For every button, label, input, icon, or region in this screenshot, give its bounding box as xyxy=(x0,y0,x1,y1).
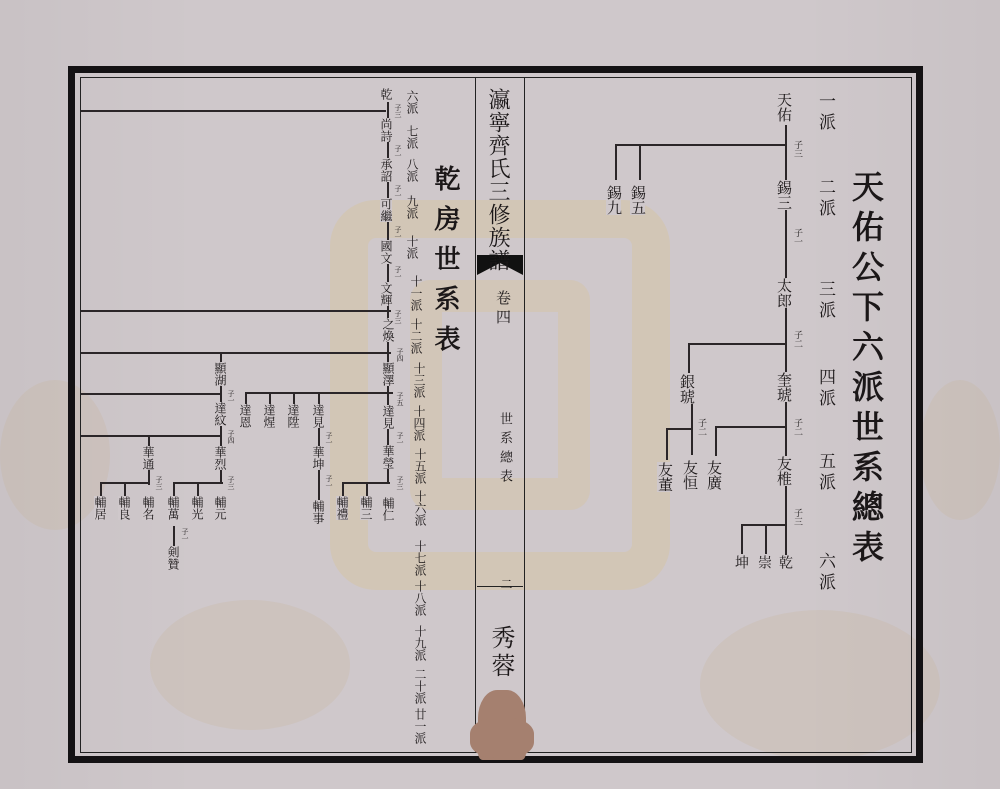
lineage-line xyxy=(197,482,199,496)
person-name: 達見 xyxy=(382,405,394,429)
person-name: 輔名 xyxy=(142,496,154,520)
person-name: 可繼 xyxy=(380,198,392,222)
generation-label: 十八派 xyxy=(414,580,426,616)
generation-label: 二十派 xyxy=(414,668,426,704)
children-count: 子三 xyxy=(394,104,401,118)
left-page-title: 乾房世系表 xyxy=(432,165,458,365)
person-name: 錫九 xyxy=(606,185,621,215)
generation-label: 九派 xyxy=(406,195,418,219)
person-name: 天佑 xyxy=(776,92,791,122)
person-name: 輔萬 xyxy=(167,496,179,520)
generation-label: 十二派 xyxy=(410,318,422,354)
lineage-line xyxy=(173,526,175,546)
generation-label: 二派 xyxy=(816,178,833,220)
generation-label: 十一派 xyxy=(410,275,422,311)
children-count: 子二 xyxy=(696,418,705,436)
seal-stain xyxy=(470,718,534,758)
genealogy-book-spread: 瀛寧齊氏三修族譜 卷四 世系總表 二 秀蓉 天佑公下六派世系總表 一派 二派 三… xyxy=(0,0,1000,789)
children-count: 子三 xyxy=(394,310,401,324)
person-name: 輔禮 xyxy=(336,496,348,520)
lineage-line xyxy=(100,482,102,496)
person-name: 錫五 xyxy=(630,185,645,215)
person-name: 崇 xyxy=(757,555,771,569)
lineage-line xyxy=(765,524,767,554)
children-count: 子三 xyxy=(792,508,801,526)
children-count: 子三 xyxy=(396,476,403,490)
paper-stain xyxy=(920,380,1000,520)
generation-label: 十九派 xyxy=(414,625,426,661)
person-name: 華烈 xyxy=(214,446,226,470)
person-name: 銀琥 xyxy=(679,374,694,404)
generation-label: 四派 xyxy=(816,368,833,410)
person-name: 友恒 xyxy=(682,460,697,490)
sibling-line xyxy=(741,524,786,526)
children-count: 子一 xyxy=(792,228,801,246)
lineage-line xyxy=(173,482,175,496)
person-name: 錫三 xyxy=(776,180,791,210)
lineage-line xyxy=(688,343,690,373)
children-count: 子二 xyxy=(792,418,801,436)
lineage-line xyxy=(342,482,344,496)
children-count: 子一 xyxy=(394,266,401,280)
person-name: 尚詩 xyxy=(380,118,392,142)
branch-line xyxy=(81,310,391,312)
children-count: 子一 xyxy=(394,145,401,159)
generation-label: 十五派 xyxy=(414,448,426,484)
children-count: 子一 xyxy=(396,432,403,446)
lineage-line xyxy=(666,428,668,460)
generation-label: 十七派 xyxy=(414,540,426,576)
person-name: 輔居 xyxy=(94,496,106,520)
children-count: 子一 xyxy=(325,432,332,446)
children-count: 子一 xyxy=(227,390,234,404)
person-name: 友椎 xyxy=(776,456,791,486)
person-name: 友廣 xyxy=(706,460,721,490)
person-name: 華坤 xyxy=(312,446,324,470)
person-name: 華通 xyxy=(142,446,154,470)
children-count: 子三 xyxy=(155,476,162,490)
children-count: 子四 xyxy=(396,348,403,362)
person-name: 乾 xyxy=(778,555,792,569)
children-count: 子一 xyxy=(394,226,401,240)
lineage-line xyxy=(615,144,617,180)
person-name: 達紋 xyxy=(214,402,226,426)
person-name: 顯湖 xyxy=(214,362,226,386)
branch-line xyxy=(81,393,221,395)
generation-label: 六派 xyxy=(406,90,418,114)
section-label: 世系總表 xyxy=(498,412,511,488)
person-name: 輔事 xyxy=(312,500,324,524)
generation-label: 十四派 xyxy=(413,405,425,441)
generation-label: 十三派 xyxy=(413,362,425,398)
person-name: 文輝 xyxy=(380,282,392,306)
person-name: 剣贊 xyxy=(167,546,179,570)
lineage-line xyxy=(741,524,743,554)
generation-label: 一派 xyxy=(816,92,833,134)
generation-label: 十派 xyxy=(406,235,418,259)
generation-label: 十六派 xyxy=(414,490,426,526)
generation-label: 六派 xyxy=(816,552,833,594)
children-count: 子一 xyxy=(394,185,401,199)
right-page-title: 天佑公下六派世系總表 xyxy=(850,170,882,570)
person-name: 太郎 xyxy=(776,278,791,308)
page-number: 二 xyxy=(500,578,512,590)
person-name: 之煥 xyxy=(382,318,394,342)
branch-line xyxy=(81,435,221,437)
generation-label: 八派 xyxy=(406,158,418,182)
children-count: 子二 xyxy=(792,330,801,348)
generation-label: 七派 xyxy=(406,125,418,149)
person-name: 輔光 xyxy=(191,496,203,520)
children-count: 子三 xyxy=(227,476,234,490)
branch-line xyxy=(81,110,386,112)
sibling-line xyxy=(688,343,786,345)
lineage-line xyxy=(639,144,641,180)
person-name: 達恩 xyxy=(239,404,251,428)
person-name: 輔三 xyxy=(360,496,372,520)
person-name: 友董 xyxy=(657,462,672,492)
person-name: 輔元 xyxy=(214,496,226,520)
branch-line xyxy=(81,352,391,354)
person-name: 顯澤 xyxy=(382,362,394,386)
lineage-line xyxy=(124,482,126,496)
children-count: 子四 xyxy=(227,430,234,444)
sibling-line xyxy=(666,428,692,430)
sibling-line xyxy=(715,426,786,428)
person-name: 國文 xyxy=(380,240,392,264)
sibling-line xyxy=(615,144,786,146)
hall-name: 秀蓉 xyxy=(489,625,513,681)
person-name: 坤 xyxy=(734,555,748,569)
book-title: 瀛寧齊氏三修族譜 xyxy=(486,88,508,272)
generation-label: 五派 xyxy=(816,452,833,494)
person-name: 輔良 xyxy=(118,496,130,520)
children-count: 子三 xyxy=(792,140,801,158)
person-name: 奎琥 xyxy=(776,372,791,402)
person-name: 輔仁 xyxy=(382,497,394,521)
person-name: 達見 xyxy=(312,404,324,428)
children-count: 子一 xyxy=(325,475,332,489)
volume-label: 卷四 xyxy=(495,290,510,328)
children-count: 子一 xyxy=(181,528,188,542)
lineage-line xyxy=(715,426,717,456)
lineage-line xyxy=(366,482,368,496)
person-name: 達煋 xyxy=(263,404,275,428)
person-name: 華瑩 xyxy=(382,445,394,469)
lineage-line xyxy=(691,395,693,455)
person-name: 承詔 xyxy=(380,158,392,182)
generation-label: 三派 xyxy=(816,280,833,322)
generation-label: 廿一派 xyxy=(414,708,426,744)
person-name: 乾 xyxy=(380,88,392,100)
children-count: 子五 xyxy=(396,392,403,406)
person-name: 達陞 xyxy=(287,404,299,428)
